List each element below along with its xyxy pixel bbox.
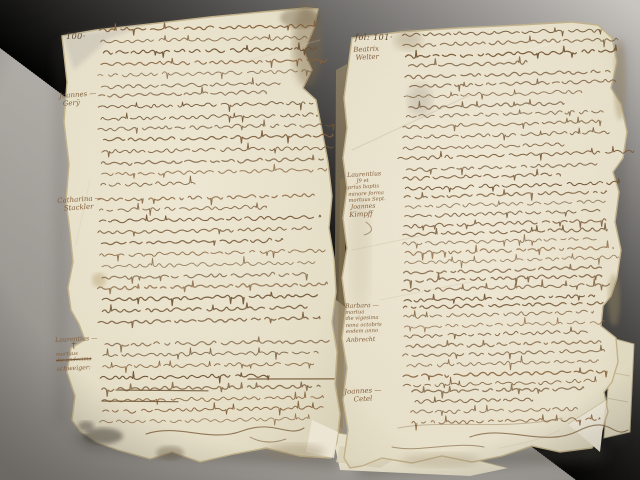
photo-svg bbox=[0, 0, 640, 480]
manuscript-photo: 100· Joannes — Gerÿ Catharina — Stackler… bbox=[0, 0, 640, 480]
vignette bbox=[0, 0, 640, 480]
